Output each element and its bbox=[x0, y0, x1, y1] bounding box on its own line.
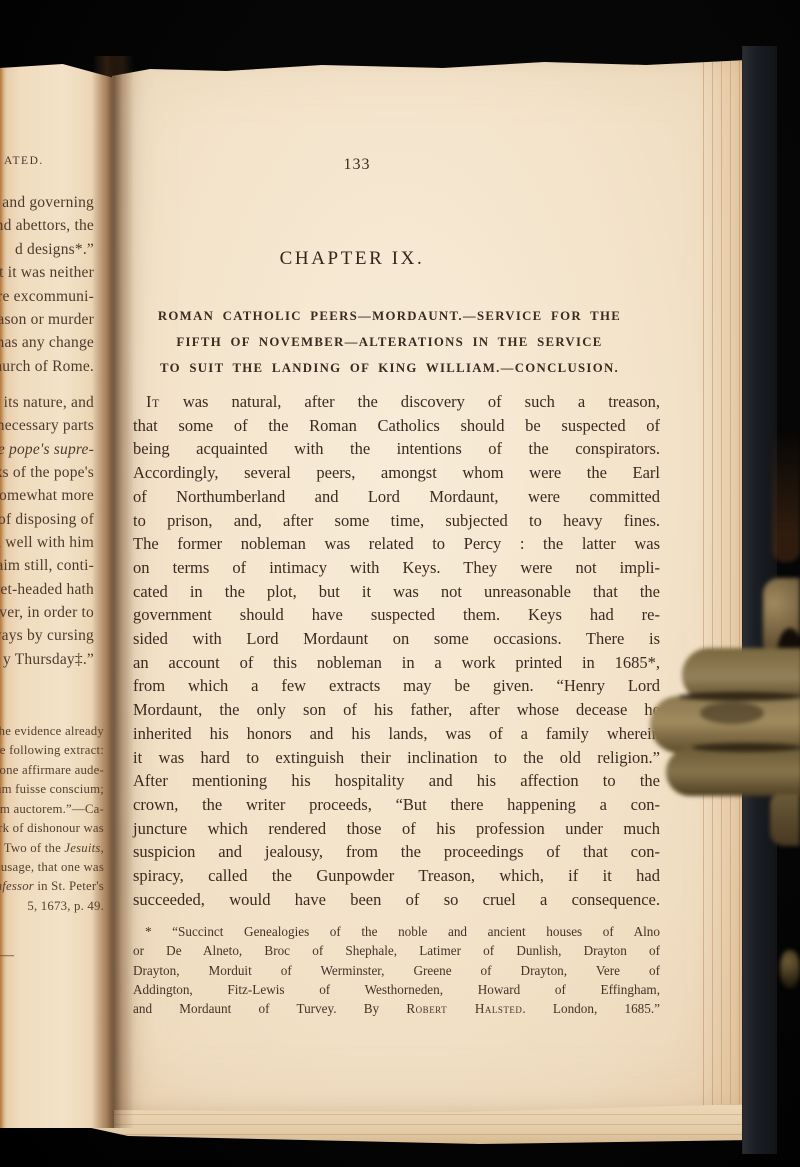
body-paragraph: It was natural, after the discovery of s… bbox=[133, 390, 660, 911]
left-page-footnote-fragment: 5, 1673, p. 49. bbox=[27, 899, 104, 914]
left-page-fragment: church of Rome. bbox=[0, 358, 94, 376]
left-page-fragment: r has any change bbox=[0, 334, 94, 352]
body-line: an account of this nobleman in a work pr… bbox=[133, 651, 660, 675]
left-page-fragment: as necessary parts bbox=[0, 417, 94, 435]
body-line: After mentioning his hospitality and his… bbox=[133, 769, 660, 793]
body-line: it was hard to extinguish their inclinat… bbox=[133, 746, 660, 770]
argument-line: ROMAN CATHOLIC PEERS—MORDAUNT.—SERVICE F… bbox=[133, 303, 646, 329]
left-page-fragment: rks of the pope's bbox=[0, 464, 94, 482]
left-page-footnote-fragment: atione affirmare aude- bbox=[0, 763, 104, 778]
book-cover-edge bbox=[742, 46, 777, 1154]
left-page-footnote-fragment: tum fuisse conscium; bbox=[0, 782, 104, 797]
body-line: suspicion and jealousy, from the proceed… bbox=[133, 840, 660, 864]
body-line: succeeded, would have been of so cruel a… bbox=[133, 888, 660, 912]
body-line: Accordingly, several peers, amongst whom… bbox=[133, 461, 660, 485]
left-page-fragment: claim still, conti- bbox=[0, 557, 94, 575]
left-page-fragment: lty of disposing of bbox=[0, 511, 94, 529]
body-line: being acquainted with the intentions of … bbox=[133, 437, 660, 461]
left-page-fragment: ere excommuni- bbox=[0, 288, 94, 306]
left-page-fragment: l the pope's supre- bbox=[0, 441, 94, 459]
left-page-fragment: velvet-headed hath bbox=[0, 581, 94, 599]
left-page-separator-dash: — bbox=[0, 948, 14, 964]
argument-line: TO SUIT THE LANDING OF KING WILLIAM.—CON… bbox=[133, 355, 646, 381]
body-line: inherited his honors and his lands, was … bbox=[133, 722, 660, 746]
left-page: ATED. g and governing and abettors, the … bbox=[0, 64, 114, 1128]
left-page-fragment: and abettors, the bbox=[0, 217, 94, 235]
body-line: sided with Lord Mordaunt on some occasio… bbox=[133, 627, 660, 651]
body-line: from which a few extracts may be given. … bbox=[133, 674, 660, 698]
chapter-argument: ROMAN CATHOLIC PEERS—MORDAUNT.—SERVICE F… bbox=[133, 303, 660, 381]
footnote-line: Addington, Fitz-Lewis of Westhorneden, H… bbox=[133, 980, 660, 999]
left-page-fragment: ded well with him bbox=[0, 534, 94, 552]
left-page-fragment: d designs*.” bbox=[15, 241, 94, 259]
left-page-footnote-fragment: confessor in St. Peter's bbox=[0, 879, 104, 894]
left-page-fragment: eason or murder bbox=[0, 311, 94, 329]
body-line: of Northumberland and Lord Mordaunt, wer… bbox=[133, 485, 660, 509]
body-line: The former nobleman was related to Percy… bbox=[133, 532, 660, 556]
left-page-footnote-fragment: rd usage, that one was bbox=[0, 860, 104, 875]
left-page-footnote-fragment: the following extract: bbox=[0, 743, 104, 758]
footnote: * “Succinct Genealogies of the noble and… bbox=[133, 922, 660, 1019]
left-page-fragment: , always by cursing bbox=[0, 627, 94, 645]
left-page-footnote-fragment: Two of the Jesuits, bbox=[4, 841, 104, 856]
page-number: 133 bbox=[344, 156, 371, 174]
body-line: government should have suspected them. K… bbox=[133, 603, 660, 627]
brass-ornament-hole bbox=[777, 628, 800, 682]
body-line: to prison, and, after some time, subject… bbox=[133, 509, 660, 533]
argument-line: FIFTH OF NOVEMBER—ALTERATIONS IN THE SER… bbox=[133, 329, 646, 355]
body-line: cated in the plot, but it was not unreas… bbox=[133, 580, 660, 604]
brass-ornament-glint bbox=[780, 950, 800, 988]
left-page-fragment: y Thursday‡.” bbox=[3, 651, 94, 669]
body-line: juncture which rendered those of his pro… bbox=[133, 817, 660, 841]
left-page-fragment: g and governing bbox=[0, 194, 94, 212]
chapter-heading: CHAPTER IX. bbox=[280, 248, 425, 270]
left-page-fragment: at it was neither bbox=[0, 264, 94, 282]
body-line: that some of the Roman Catholics should … bbox=[133, 414, 660, 438]
left-page-footnote-fragment: o the evidence already bbox=[0, 724, 104, 739]
footnote-line: Drayton, Morduit of Werminster, Greene o… bbox=[133, 961, 660, 980]
left-page-footnote-fragment: nark of dishonour was bbox=[0, 821, 104, 836]
body-line: spiracy, called the Gunpowder Treason, w… bbox=[133, 864, 660, 888]
footnote-line: or De Alneto, Broc of Shephale, Latimer … bbox=[133, 941, 660, 960]
body-line: Mordaunt, the only son of his father, af… bbox=[133, 698, 660, 722]
left-page-fragment: ge its nature, and bbox=[0, 394, 94, 412]
body-line: It was natural, after the discovery of s… bbox=[133, 390, 660, 414]
left-page-fragment: wever, in order to bbox=[0, 604, 94, 622]
body-line: crown, the writer proceeds, “But there h… bbox=[133, 793, 660, 817]
footnote-line: * “Succinct Genealogies of the noble and… bbox=[133, 922, 660, 941]
book-page: 133 CHAPTER IX. ROMAN CATHOLIC PEERS—MOR… bbox=[112, 56, 748, 1112]
left-page-running-header: ATED. bbox=[4, 155, 44, 167]
left-page-footnote-fragment: dam auctorem.”—Ca- bbox=[0, 802, 104, 817]
body-line: on terms of intimacy with Keys. They wer… bbox=[133, 556, 660, 580]
left-page-fragment: n somewhat more bbox=[0, 487, 94, 505]
footnote-line: and Mordaunt of Turvey. By Robert Halste… bbox=[133, 999, 660, 1018]
